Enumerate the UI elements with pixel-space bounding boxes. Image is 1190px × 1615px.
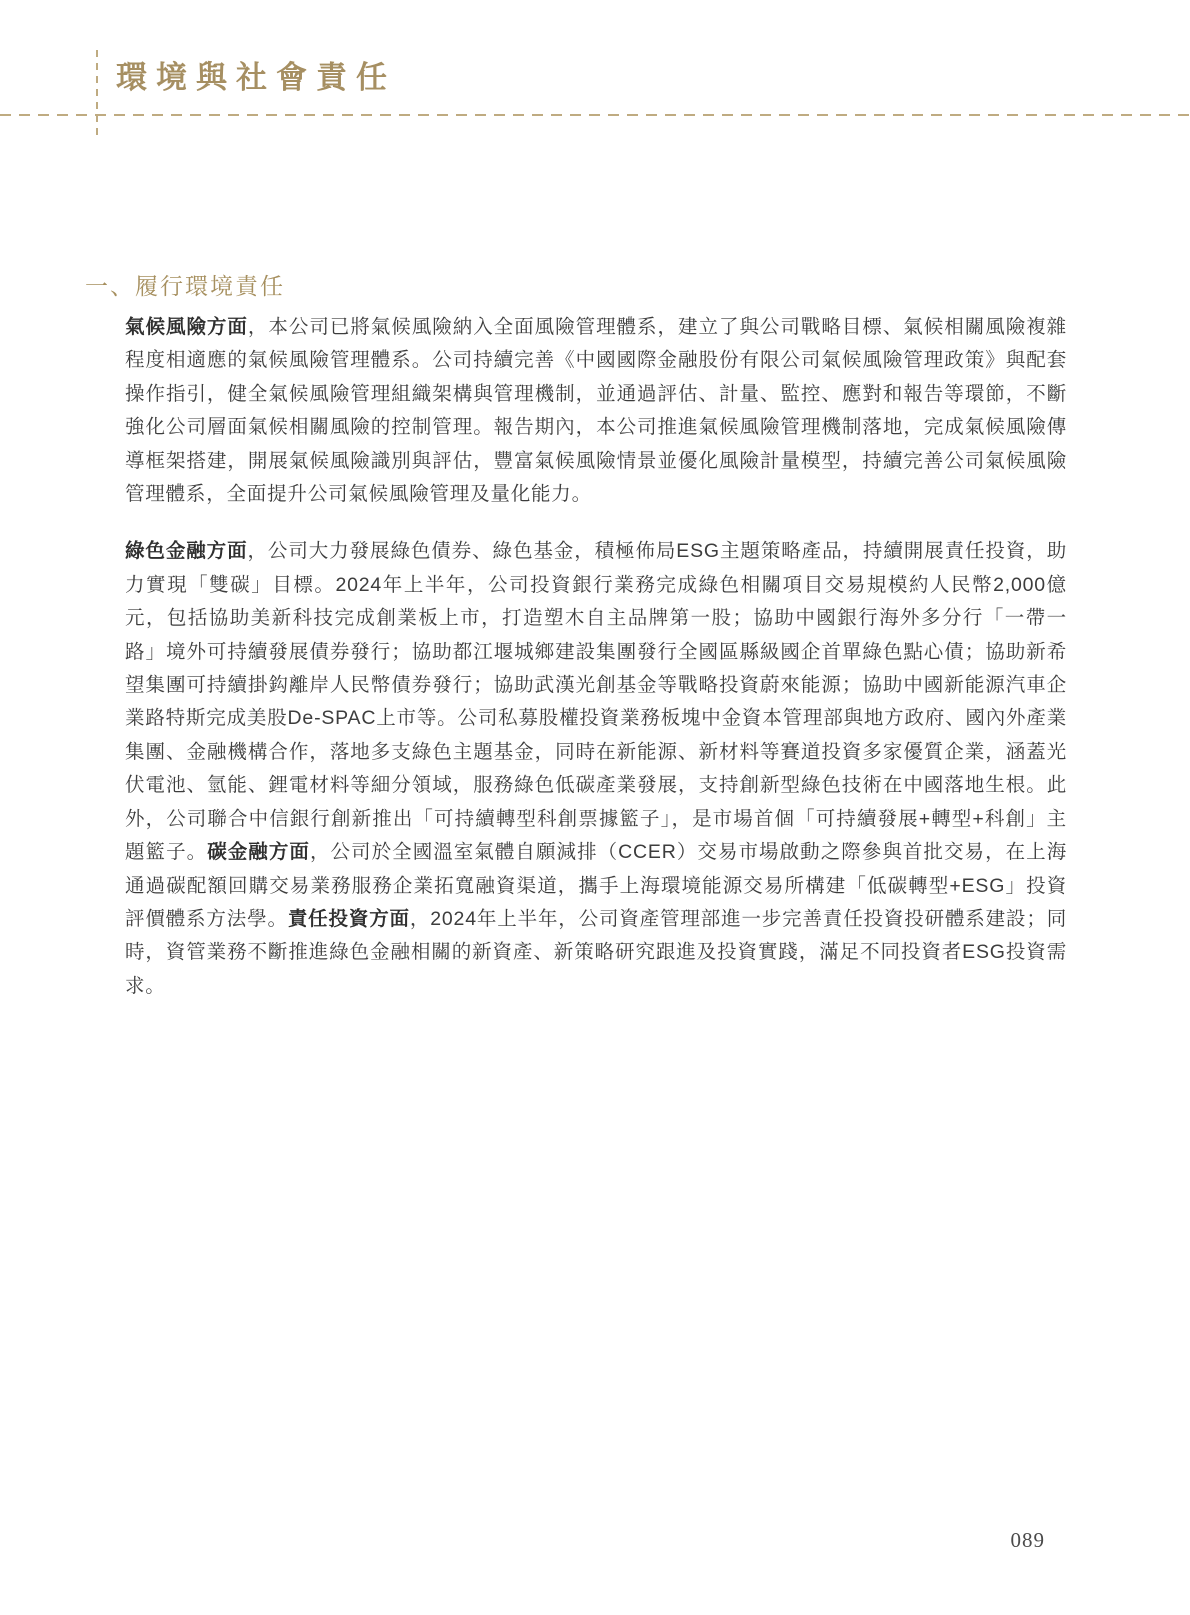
paragraph: 綠色金融方面，公司大力發展綠色債券、綠色基金，積極佈局ESG主題策略產品，持續開… xyxy=(125,535,1067,1003)
paragraphs: 氣候風險方面，本公司已將氣候風險納入全面風險管理體系，建立了與公司戰略目標、氣候… xyxy=(125,311,1067,1027)
page-title: 環境與社會責任 xyxy=(116,52,396,97)
report-page: 環境與社會責任 一、履行環境責任 氣候風險方面，本公司已將氣候風險納入全面風險管… xyxy=(0,0,1190,1615)
paragraph-lead: 責任投資方面 xyxy=(288,908,410,930)
paragraph-lead: 碳金融方面 xyxy=(207,841,310,863)
paragraph-lead: 綠色金融方面 xyxy=(125,540,248,562)
header-vertical-dash-line xyxy=(96,50,98,138)
paragraph-lead: 氣候風險方面 xyxy=(125,316,248,338)
paragraph: 氣候風險方面，本公司已將氣候風險納入全面風險管理體系，建立了與公司戰略目標、氣候… xyxy=(125,311,1067,511)
section-heading: 一、履行環境責任 xyxy=(85,268,285,301)
paragraph-text: ，公司大力發展綠色債券、綠色基金，積極佈局ESG主題策略產品，持續開展責任投資，… xyxy=(125,540,1067,863)
page-number: 089 xyxy=(1011,1528,1046,1553)
header-horizontal-dash-line xyxy=(0,114,1190,116)
paragraph-text: ，本公司已將氣候風險納入全面風險管理體系，建立了與公司戰略目標、氣候相關風險複雜… xyxy=(125,316,1067,505)
